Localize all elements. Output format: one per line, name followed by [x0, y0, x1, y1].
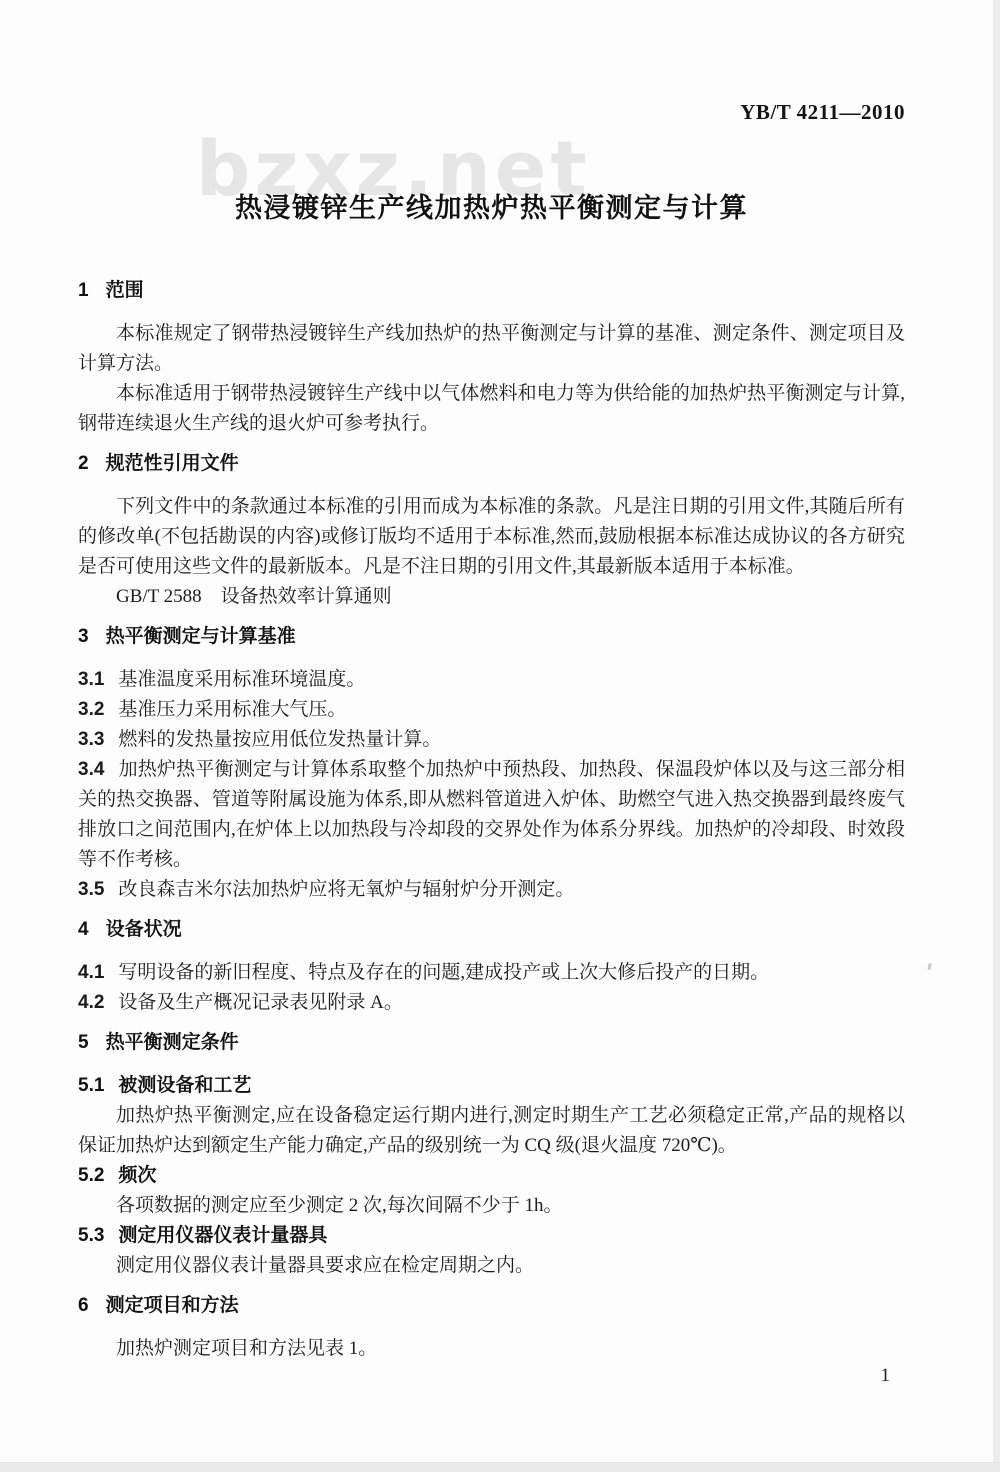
clause-text: 加热炉热平衡测定与计算体系取整个加热炉中预热段、加热段、保温段炉体以及与这三部分… — [78, 759, 905, 870]
clause-text: 写明设备的新旧程度、特点及存在的问题,建成投产或上次大修后投产的日期。 — [118, 962, 769, 983]
paragraph: 加热炉测定项目和方法见表 1。 — [78, 1334, 905, 1364]
clause-number: 4.1 — [78, 962, 104, 983]
subsection-number: 5.2 — [78, 1165, 104, 1186]
clause: 3.5改良森吉米尔法加热炉应将无氧炉与辐射炉分开测定。 — [78, 875, 905, 905]
section-measurement-items-methods: 6测定项目和方法 加热炉测定项目和方法见表 1。 — [78, 1291, 905, 1364]
clause-text: 基准温度采用标准环境温度。 — [118, 669, 365, 690]
section-heading-label: 热平衡测定与计算基准 — [106, 626, 296, 647]
section-heading-label: 设备状况 — [106, 919, 182, 940]
section-number: 5 — [78, 1032, 89, 1053]
standard-number: YB/T 4211—2010 — [78, 0, 905, 126]
document-title: 热浸镀锌生产线加热炉热平衡测定与计算 — [78, 188, 905, 228]
subsection-heading-label: 测定用仪器仪表计量器具 — [118, 1225, 327, 1246]
page-content: YB/T 4211—2010 热浸镀锌生产线加热炉热平衡测定与计算 1范围 本标… — [0, 0, 1000, 1472]
clause-number: 3.4 — [78, 759, 104, 780]
section-heading: 1范围 — [78, 276, 905, 306]
section-equipment-status: 4设备状况 4.1写明设备的新旧程度、特点及存在的问题,建成投产或上次大修后投产… — [78, 915, 905, 1018]
clause-number: 3.1 — [78, 669, 104, 690]
clause-number: 3.5 — [78, 879, 104, 900]
paragraph: 测定用仪器仪表计量器具要求应在检定周期之内。 — [78, 1251, 905, 1281]
clause: 4.2设备及生产概况记录表见附录 A。 — [78, 988, 905, 1018]
subsection-heading-label: 被测设备和工艺 — [118, 1075, 251, 1096]
clause-text: 改良森吉米尔法加热炉应将无氧炉与辐射炉分开测定。 — [118, 879, 574, 900]
clause-text: 燃料的发热量按应用低位发热量计算。 — [118, 729, 441, 750]
clause: 3.2基准压力采用标准大气压。 — [78, 695, 905, 725]
section-normative-references: 2规范性引用文件 下列文件中的条款通过本标准的引用而成为本标准的条款。凡是注日期… — [78, 449, 905, 612]
referenced-standard: GB/T 2588 设备热效率计算通则 — [78, 582, 905, 612]
subsection-heading: 5.2频次 — [78, 1161, 905, 1191]
clause-text: 设备及生产概况记录表见附录 A。 — [118, 992, 402, 1013]
document-page: bzxz.net YB/T 4211—2010 热浸镀锌生产线加热炉热平衡测定与… — [0, 0, 1000, 1472]
clause-number: 3.2 — [78, 699, 104, 720]
subsection-heading: 5.3测定用仪器仪表计量器具 — [78, 1221, 905, 1251]
subsection-number: 5.3 — [78, 1225, 104, 1246]
subsection-heading-label: 频次 — [118, 1165, 156, 1186]
section-measurement-basis: 3热平衡测定与计算基准 3.1基准温度采用标准环境温度。 3.2基准压力采用标准… — [78, 622, 905, 905]
clause-number: 3.3 — [78, 729, 104, 750]
section-number: 4 — [78, 919, 89, 940]
subsection-heading: 5.1被测设备和工艺 — [78, 1071, 905, 1101]
section-scope: 1范围 本标准规定了钢带热浸镀锌生产线加热炉的热平衡测定与计算的基准、测定条件、… — [78, 276, 905, 439]
clause: 3.1基准温度采用标准环境温度。 — [78, 665, 905, 695]
subsection-number: 5.1 — [78, 1075, 104, 1096]
section-heading-label: 热平衡测定条件 — [106, 1032, 239, 1053]
section-heading: 2规范性引用文件 — [78, 449, 905, 479]
clause-number: 4.2 — [78, 992, 104, 1013]
section-heading-label: 测定项目和方法 — [106, 1295, 239, 1316]
section-heading: 4设备状况 — [78, 915, 905, 945]
section-number: 6 — [78, 1295, 89, 1316]
clause: 4.1写明设备的新旧程度、特点及存在的问题,建成投产或上次大修后投产的日期。 — [78, 958, 905, 988]
section-heading: 3热平衡测定与计算基准 — [78, 622, 905, 652]
section-heading: 5热平衡测定条件 — [78, 1028, 905, 1058]
paragraph: 各项数据的测定应至少测定 2 次,每次间隔不少于 1h。 — [78, 1191, 905, 1221]
paragraph: 本标准适用于钢带热浸镀锌生产线中以气体燃料和电力等为供给能的加热炉热平衡测定与计… — [78, 379, 905, 439]
section-number: 3 — [78, 626, 89, 647]
paragraph: 本标准规定了钢带热浸镀锌生产线加热炉的热平衡测定与计算的基准、测定条件、测定项目… — [78, 319, 905, 379]
section-number: 2 — [78, 453, 89, 474]
section-number: 1 — [78, 280, 89, 301]
section-heading: 6测定项目和方法 — [78, 1291, 905, 1321]
paragraph: 加热炉热平衡测定,应在设备稳定运行期内进行,测定时期生产工艺必须稳定正常,产品的… — [78, 1101, 905, 1161]
section-measurement-conditions: 5热平衡测定条件 5.1被测设备和工艺 加热炉热平衡测定,应在设备稳定运行期内进… — [78, 1028, 905, 1281]
section-heading-label: 规范性引用文件 — [106, 453, 239, 474]
clause-text: 基准压力采用标准大气压。 — [118, 699, 346, 720]
section-heading-label: 范围 — [106, 280, 144, 301]
clause: 3.3燃料的发热量按应用低位发热量计算。 — [78, 725, 905, 755]
paragraph: 下列文件中的条款通过本标准的引用而成为本标准的条款。凡是注日期的引用文件,其随后… — [78, 492, 905, 582]
clause: 3.4加热炉热平衡测定与计算体系取整个加热炉中预热段、加热段、保温段炉体以及与这… — [78, 755, 905, 875]
